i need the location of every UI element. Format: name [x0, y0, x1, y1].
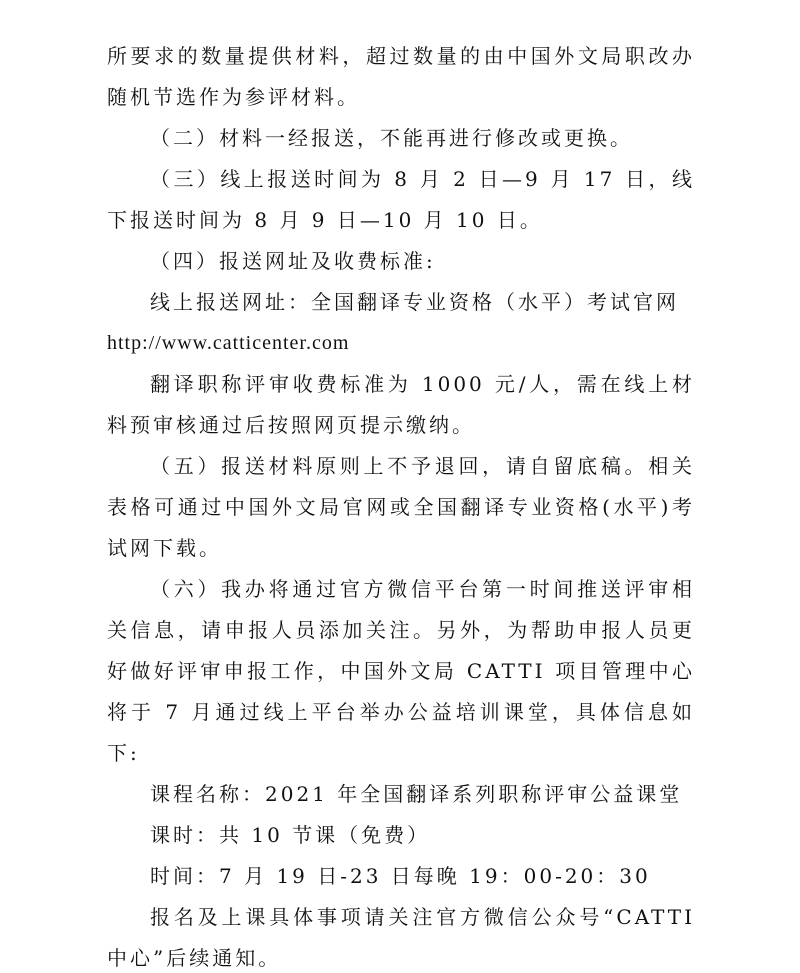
paragraph-item-6-wechat-training: （六）我办将通过官方微信平台第一时间推送评审相关信息，请申报人员添加关注。另外，… [107, 569, 695, 774]
paragraph-registration-notice: 报名及上课具体事项请关注官方微信公众号“CATTI 中心”后续通知。 [107, 897, 695, 973]
paragraph-course-hours: 课时：共 10 节课（免费） [107, 815, 695, 856]
document-page: 所要求的数量提供材料，超过数量的由中国外文局职改办随机节选作为参评材料。 （二）… [107, 36, 695, 973]
website-url-link[interactable]: http://www.catticenter.com [107, 323, 695, 364]
paragraph-item-4-website-fees-heading: （四）报送网址及收费标准: [107, 241, 695, 282]
paragraph-materials-quantity: 所要求的数量提供材料，超过数量的由中国外文局职改办随机节选作为参评材料。 [107, 36, 695, 118]
paragraph-course-name: 课程名称：2021 年全国翻译系列职称评审公益课堂 [107, 774, 695, 815]
paragraph-course-time: 时间：7 月 19 日-23 日每晚 19：00-20：30 [107, 856, 695, 897]
paragraph-item-3-submission-dates: （三）线上报送时间为 8 月 2 日—9 月 17 日，线下报送时间为 8 月 … [107, 159, 695, 241]
paragraph-item-5-no-return: （五）报送材料原则上不予退回，请自留底稿。相关表格可通过中国外文局官网或全国翻译… [107, 446, 695, 569]
paragraph-online-submission-site: 线上报送网址：全国翻译专业资格（水平）考试官网 [107, 282, 695, 323]
paragraph-item-2-no-modification: （二）材料一经报送，不能再进行修改或更换。 [107, 118, 695, 159]
paragraph-fee-standard: 翻译职称评审收费标准为 1000 元/人，需在线上材料预审核通过后按照网页提示缴… [107, 364, 695, 446]
